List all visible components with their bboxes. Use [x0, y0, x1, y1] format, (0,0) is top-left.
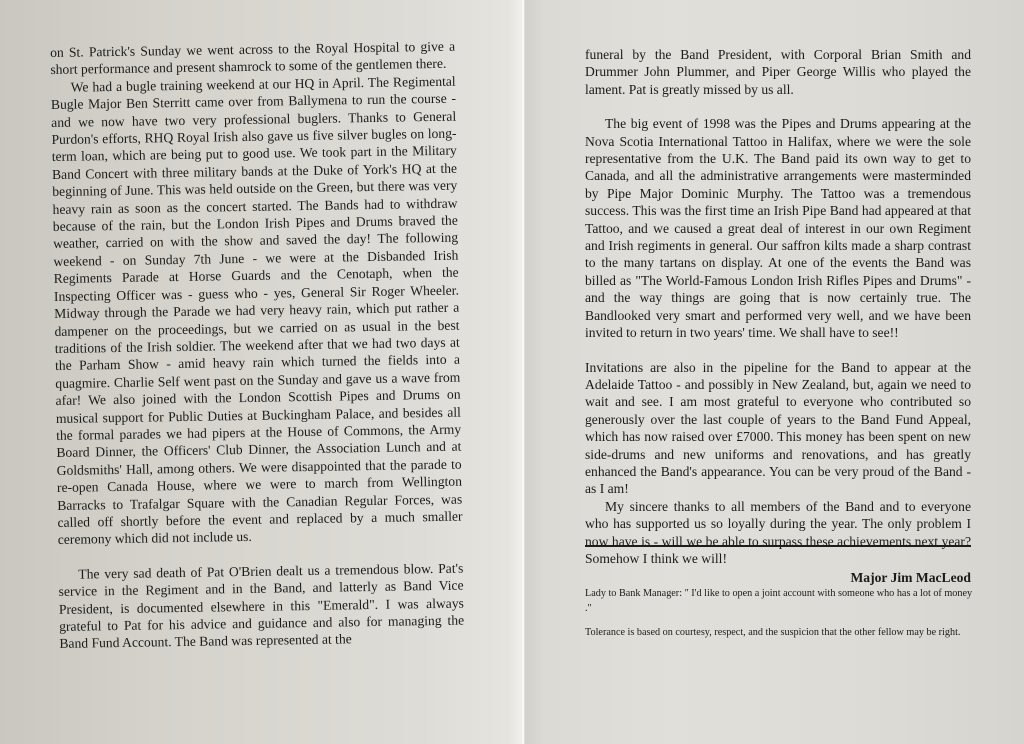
- author-signature: Major Jim MacLeod: [585, 569, 971, 586]
- paragraph-thanks: My sincere thanks to all members of the …: [585, 498, 971, 568]
- left-page-text-column: on St. Patrick's Sunday we went across t…: [50, 38, 465, 653]
- filler-tolerance-quote: Tolerance is based on courtesy, respect,…: [585, 625, 975, 640]
- paragraph-nova-scotia-tattoo: The big event of 1998 was the Pipes and …: [585, 115, 971, 341]
- paragraph-pat-obrien: The very sad death of Pat O'Brien dealt …: [58, 559, 464, 652]
- paragraph-funeral: funeral by the Band President, with Corp…: [585, 46, 971, 98]
- filler-quotes: Lady to Bank Manager: " I'd like to open…: [585, 586, 975, 649]
- paragraph-bugle-training: We had a bugle training weekend at our H…: [51, 72, 463, 548]
- section-divider: [585, 545, 971, 547]
- paragraph-invitations: Invitations are also in the pipeline for…: [585, 359, 971, 498]
- filler-bank-manager-joke: Lady to Bank Manager: " I'd like to open…: [585, 586, 975, 616]
- book-spine: [522, 0, 525, 744]
- left-page: on St. Patrick's Sunday we went across t…: [0, 0, 524, 744]
- right-page-text-column: funeral by the Band President, with Corp…: [585, 46, 971, 587]
